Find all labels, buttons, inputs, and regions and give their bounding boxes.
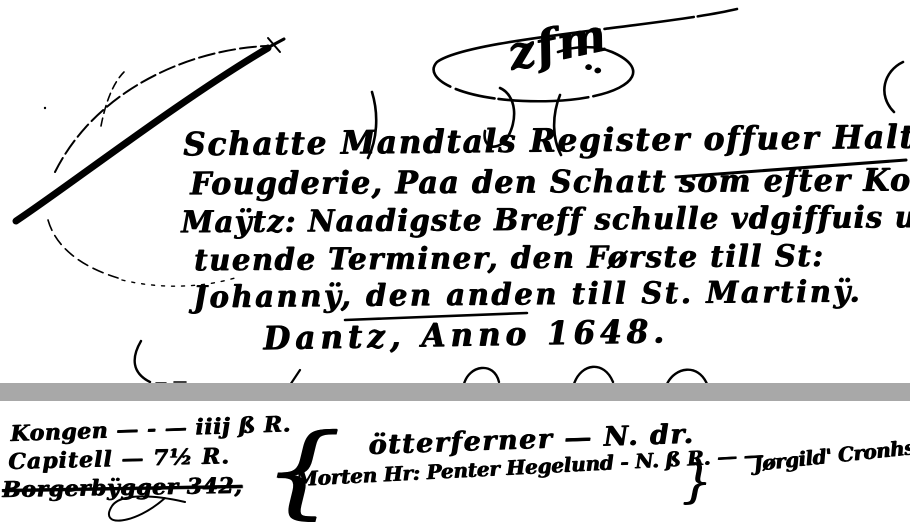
signature: Jørgild' Cronhsen xyxy=(752,432,910,476)
title-line-6-year: Dantz, Anno 1648. xyxy=(263,313,669,358)
title-line-5: Johannÿ, den anden till St. Martinÿ. xyxy=(193,273,862,315)
title-line-4: tuende Terminer, den Første till St: xyxy=(194,238,825,278)
footer-entry-borgerbygger: Borgerbÿgger 342, xyxy=(2,473,243,503)
footer-entry-capitell: Capitell — 7½ R. xyxy=(8,443,230,475)
manuscript-scan-page: zfm ‥ Schatte Mandtals Register offuer H… xyxy=(0,0,910,530)
title-line-2: Fougderie, Paa den Schatt som efter Kong… xyxy=(190,162,910,203)
closing-brace: } xyxy=(682,458,711,504)
title-line-1: Schatte Mandtals Register offuer Haltens xyxy=(183,118,910,164)
title-line-3: Maÿtz: Naadigste Breff schulle vdgiffuis… xyxy=(181,199,910,240)
scan-divider-bar xyxy=(0,383,910,401)
struck-text: Borgerbÿgger 342, xyxy=(2,473,243,503)
footer-entry-kongen: Kongen — - — iiij ß R. xyxy=(10,411,291,447)
